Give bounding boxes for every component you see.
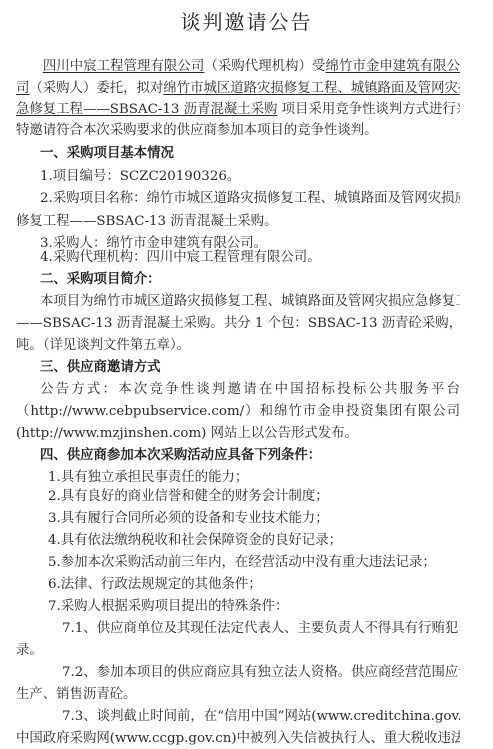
section1-item-2: 2.采购项目名称：绵竹市城区道路灾损修复工程、城镇路面及管网灾损应急: [40, 190, 460, 208]
section3-line-3: (http://www.mzjinshen.com) 网站上以公告形式发布。: [16, 425, 460, 443]
purchaser-name-part1: 绵竹市金申建筑有限公: [326, 59, 461, 74]
section3-heading: 三、供应商邀请方式: [40, 359, 460, 377]
document-title: 谈判邀请公告: [0, 6, 493, 35]
section1-item-1: 1.项目编号：SCZC20190326。: [40, 168, 460, 186]
section3-line-1: 公告方式：本次竞争性谈判邀请在中国招标投标公共服务平台: [40, 381, 460, 399]
sub-item-7-1: 7.1、供应商单位及其现任法定代表人、主要负责人不得具有行贿犯罪记: [62, 620, 460, 638]
section4-item-6: 6.法律、行政法规规定的其他条件；: [48, 576, 460, 594]
sub-item-7-3-cont: 中国政府采购网(www.ccgp.gov.cn)中被列入失信被执行人、重大税收违…: [16, 730, 460, 748]
section4-item-3: 3.具有履行合同所必须的设备和专业技术能力；: [48, 510, 460, 528]
project-name-part2: 急修复工程——SBSAC-13 沥青混凝土采购: [16, 102, 277, 117]
intro-line-2: 司（采购人）委托，拟对绵竹市城区道路灾损修复工程、城镇路面及管网灾损应: [16, 80, 460, 98]
project-name-part1: 绵竹市城区道路灾损修复工程、城镇路面及管网灾损应: [163, 81, 460, 96]
section3-line-2: （http://www.cebpubservice.com/）和绵竹市金申投资集…: [16, 403, 460, 421]
section2-line-3: 吨。（详见谈判文件第五章）。: [16, 337, 460, 355]
sub-item-7-2-cont: 生产、销售沥青砼。: [16, 686, 460, 704]
intro-line-3: 急修复工程——SBSAC-13 沥青混凝土采购 项目采用竞争性谈判方式进行采购，: [16, 101, 460, 119]
section4-heading: 四、供应商参加本次采购活动应具备下列条件：: [40, 447, 460, 465]
section1-item-2-cont: 修复工程——SBSAC-13 沥青混凝土采购。: [16, 213, 460, 231]
section1-item-4: 4.采购代理机构：四川中宸工程管理有限公司。: [40, 249, 460, 267]
document-page: 谈判邀请公告 四川中宸工程管理有限公司（采购代理机构）受绵竹市金申建筑有限公 司…: [0, 0, 493, 749]
sub-item-7-1-cont: 录。: [16, 642, 460, 660]
section4-item-1: 1.具有独立承担民事责任的能力；: [48, 469, 460, 487]
intro-line-4: 特邀请符合本次采购要求的供应商参加本项目的竞争性谈判。: [16, 122, 460, 140]
section4-item-4: 4.具有依法缴纳税收和社会保障资金的良好记录；: [48, 532, 460, 550]
sub-item-7-3: 7.3、谈判截止时间前，在“信用中国”网站(www.creditchina.go…: [62, 708, 460, 726]
sub-item-7-2: 7.2、参加本项目的供应商应具有独立法人资格。供应商经营范围应包括: [62, 664, 460, 682]
intro-method: 项目采用竞争性谈判方式进行采购，: [282, 102, 460, 117]
section2-line-1: 本项目为绵竹市城区道路灾损修复工程、城镇路面及管网灾损应急修复工程: [40, 293, 460, 311]
section4-item-2: 2.具有良好的商业信誉和健全的财务会计制度；: [48, 488, 460, 506]
section4-item-5: 5.参加本次采购活动前三年内，在经营活动中没有重大违法记录；: [48, 554, 460, 572]
section2-line-2: ——SBSAC-13 沥青混凝土采购。共分 1 个包：SBSAC-13 沥青砼采…: [16, 315, 460, 333]
intro-line-1: 四川中宸工程管理有限公司（采购代理机构）受绵竹市金申建筑有限公: [16, 58, 460, 76]
section1-heading: 一、采购项目基本情况: [40, 145, 460, 163]
section4-item-7: 7.采购人根据采购项目提出的特殊条件：: [48, 598, 460, 616]
agency-role: （采购代理机构）受: [204, 59, 325, 74]
purchaser-role: （采购人）委托，拟对: [29, 81, 163, 96]
purchaser-name-part2: 司: [16, 81, 29, 96]
section2-heading: 二、采购项目简介：: [40, 271, 460, 289]
agency-name: 四川中宸工程管理有限公司: [43, 59, 205, 74]
